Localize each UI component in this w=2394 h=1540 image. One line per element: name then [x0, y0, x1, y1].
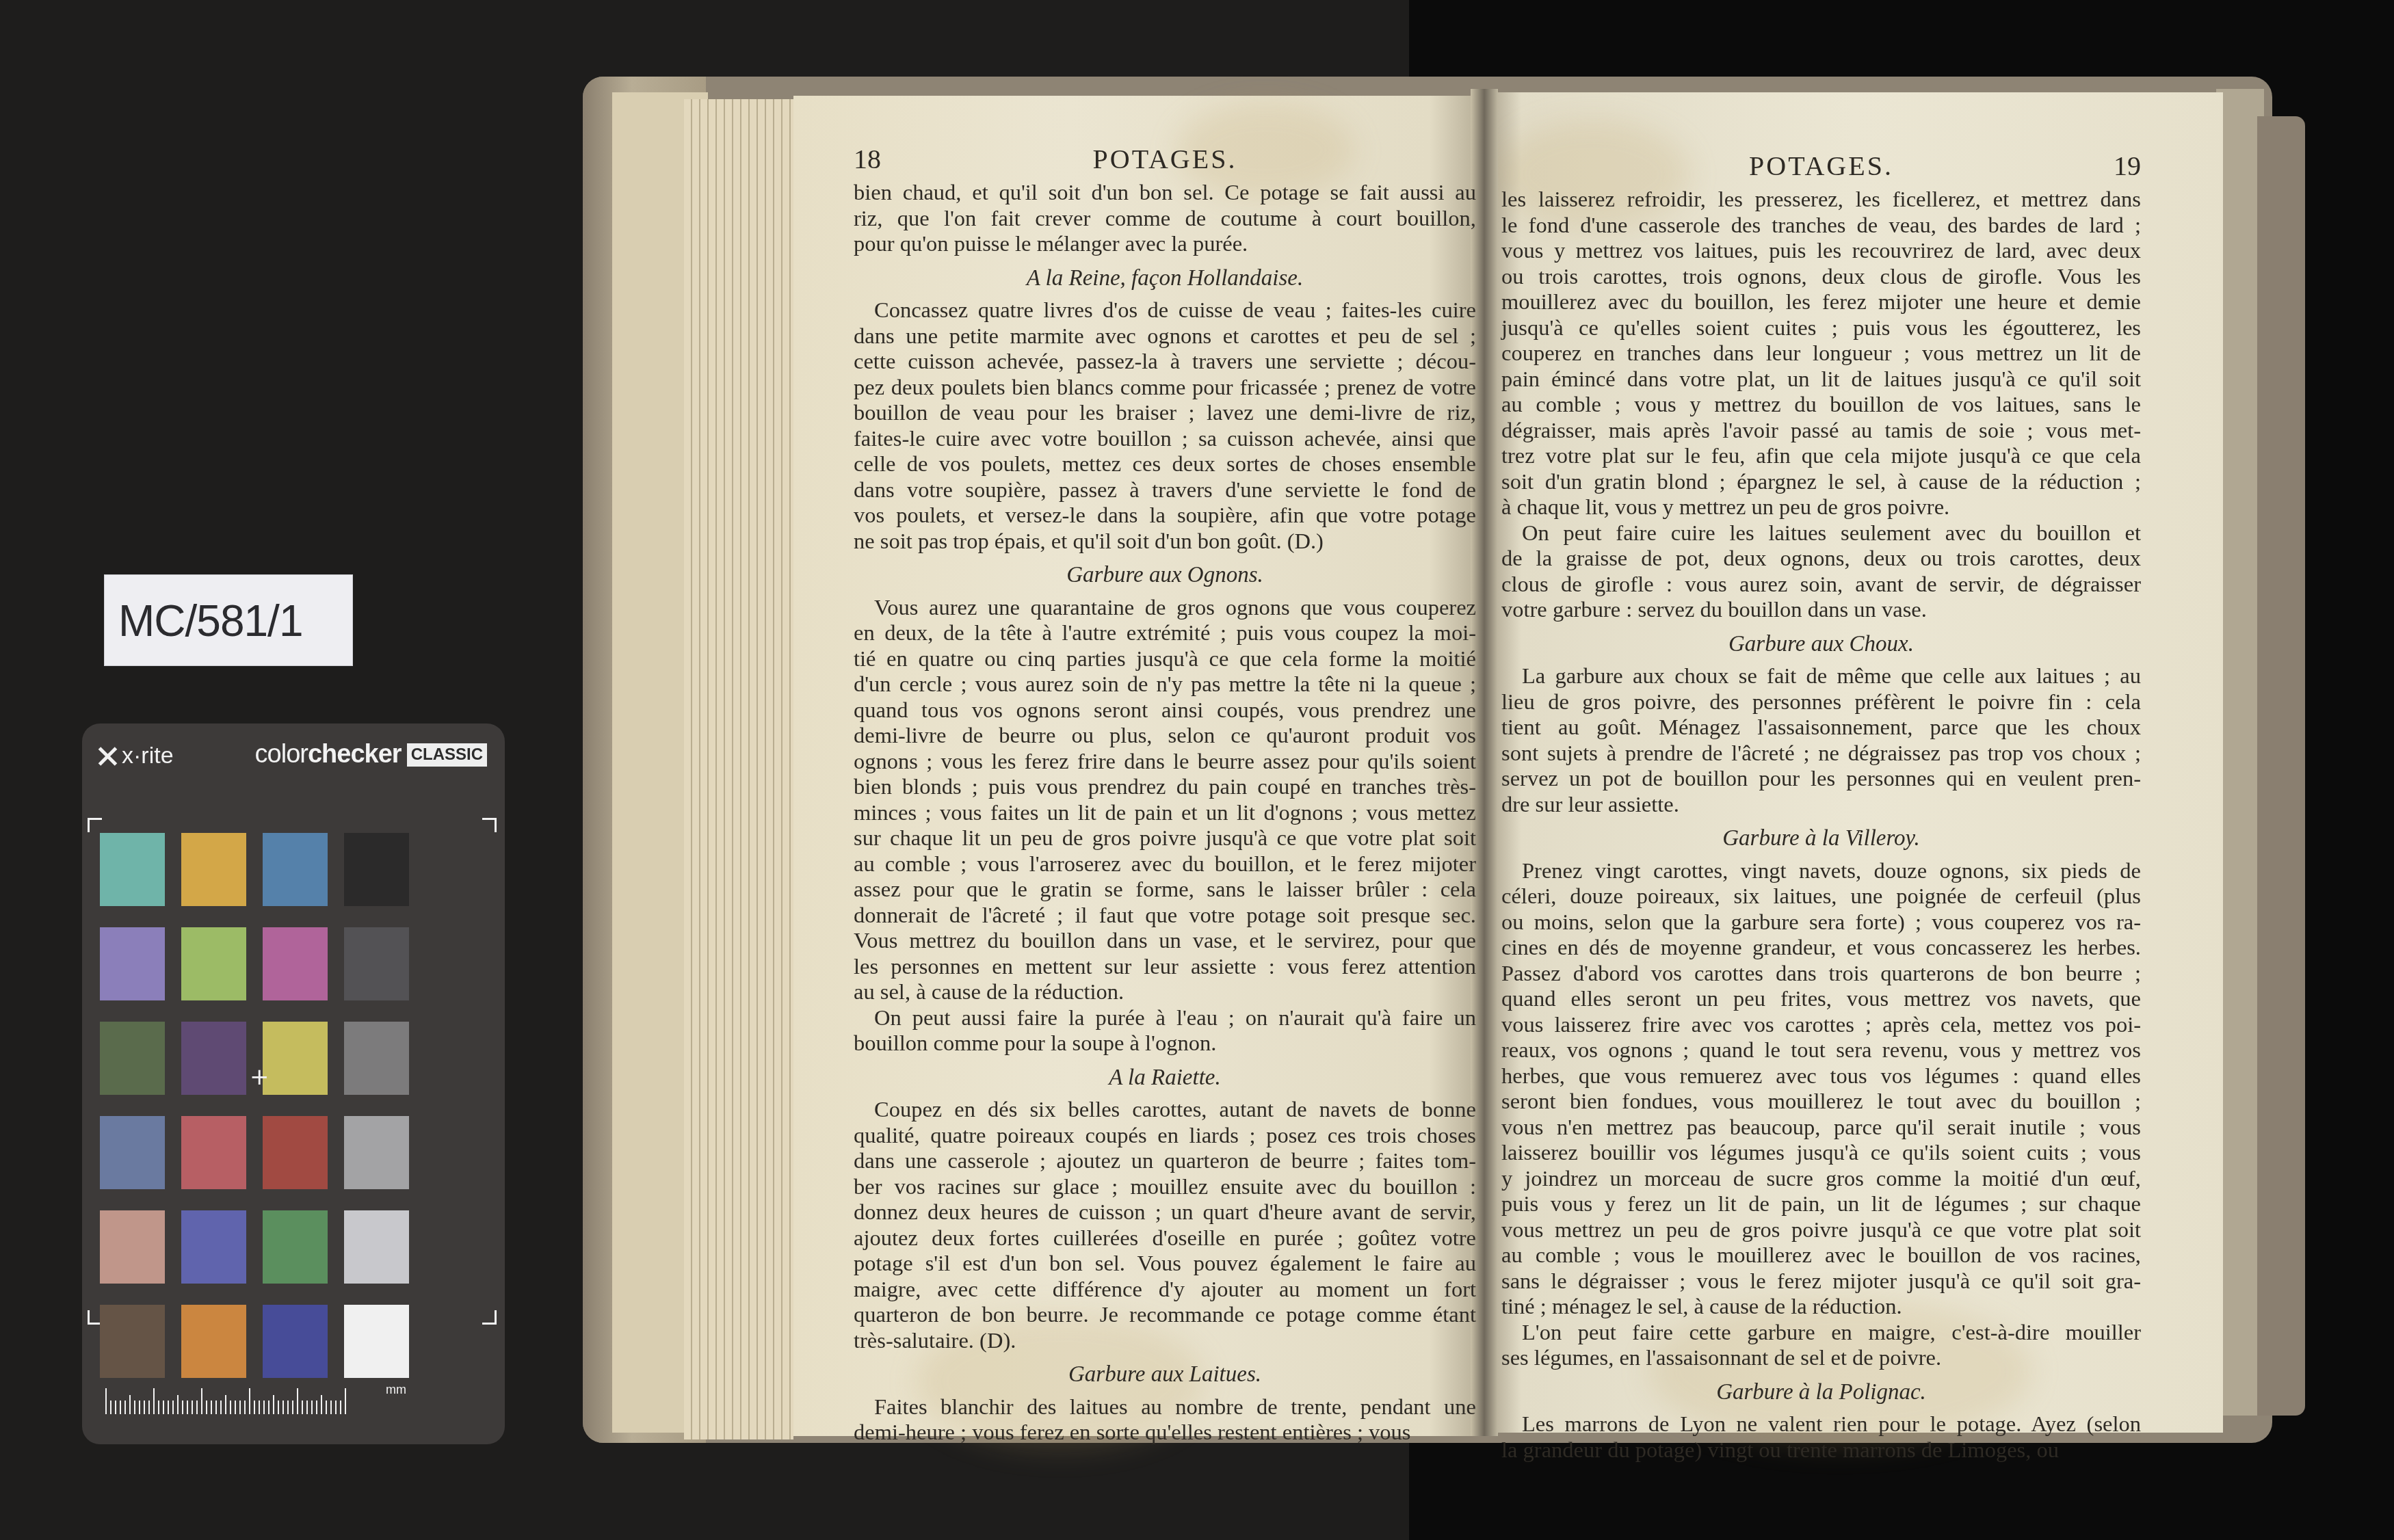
ruler-tick: [211, 1400, 212, 1414]
ruler-tick: [268, 1400, 269, 1414]
title-light: color: [255, 740, 308, 769]
text-line: trez votre plat sur le feu, afin que cel…: [1501, 444, 2141, 470]
ruler-tick: [187, 1400, 188, 1414]
text-line: votre garbure : servez du bouillon dans …: [1501, 598, 2141, 624]
ruler-tick: [168, 1400, 169, 1414]
text-line: vous mettrez un peu de gros poivre jusqu…: [1501, 1218, 2141, 1244]
color-patch: [263, 1022, 328, 1095]
ruler-tick: [172, 1400, 174, 1414]
paragraph: bien chaud, et qu'il soit d'un bon sel. …: [854, 181, 1476, 258]
text-line: herbes, que vous remuerez avec tous vos …: [1501, 1064, 2141, 1090]
text-line: de la graisse de pot, deux ognons, deux …: [1501, 546, 2141, 572]
ruler-tick: [129, 1395, 131, 1414]
ruler-tick: [134, 1400, 135, 1414]
text-line: en deux, de la tête à l'autre extrémité …: [854, 621, 1476, 647]
text-line: demi-heure ; vous ferez en sorte qu'elle…: [854, 1420, 1476, 1446]
ruler-tick: [144, 1400, 145, 1414]
color-patch: [263, 927, 328, 1000]
text-line: donnerait de l'âcreté ; il faut que votr…: [854, 903, 1476, 929]
title-bold: checker: [308, 740, 402, 769]
paragraph: L'on peut faire cette garbure en maigre,…: [1501, 1320, 2141, 1372]
color-patch: [344, 1305, 409, 1378]
corner-mark-bottom-right: [482, 1310, 497, 1325]
ruler-tick: [120, 1400, 121, 1414]
text-line: au comble ; vous y mettrez du bouillon d…: [1501, 393, 2141, 419]
archive-reference-label: MC/581/1: [104, 574, 353, 666]
text-line: vous laisserez frire avec vos carottes ;…: [1501, 1013, 2141, 1039]
xrite-logo: x·rite: [97, 743, 174, 769]
text-line: ne soit pas trop épais, et qu'il soit d'…: [854, 529, 1476, 555]
text-line: puis vous y ferez un lit de pain, un lit…: [1501, 1192, 2141, 1218]
text-line: dans une petite marmite avec ognons et c…: [854, 324, 1476, 350]
text-line: assez pour que le gratin se forme, sans …: [854, 877, 1476, 903]
color-patch: [344, 1116, 409, 1189]
text-line: L'on peut faire cette garbure en maigre,…: [1501, 1320, 2141, 1346]
text-line: sur chaque lit un peu de gros poivre jus…: [854, 826, 1476, 852]
text-line: laisserez bouillir vos légumes jusqu'à c…: [1501, 1141, 2141, 1167]
color-patch: [344, 1210, 409, 1284]
text-line: soit d'un gratin blond ; épargnez le sel…: [1501, 470, 2141, 496]
text-line: demi-livre de beurre ou plus, selon ce q…: [854, 723, 1476, 749]
right-running-head: POTAGES. 19: [1501, 150, 2141, 182]
paragraph: les laisserez refroidir, les presserez, …: [1501, 187, 2141, 521]
corner-mark-top-right: [482, 818, 497, 832]
text-line: dégraisser, mais après l'avoir passé au …: [1501, 419, 2141, 444]
text-line: faites-le cuire avec votre bouillon ; sa…: [854, 427, 1476, 453]
text-line: quand tous vos ognons seront ainsi coupé…: [854, 698, 1476, 724]
ruler-tick: [311, 1400, 313, 1414]
text-line: bien blonds ; puis vous prendrez du pain…: [854, 775, 1476, 801]
color-checker-card: x·rite colorchecker CLASSIC + mm: [82, 723, 505, 1444]
ruler-tick: [225, 1395, 226, 1414]
ruler-tick: [292, 1400, 293, 1414]
left-running-head: 18 POTAGES.: [854, 144, 1476, 175]
text-line: bien chaud, et qu'il soit d'un bon sel. …: [854, 181, 1476, 207]
ruler-tick: [235, 1400, 236, 1414]
ruler-tick: [273, 1395, 274, 1414]
ruler-tick: [316, 1400, 317, 1414]
ruler-tick: [239, 1400, 241, 1414]
text-line: On peut aussi faire la purée à l'eau ; o…: [854, 1006, 1476, 1032]
text-line: ognons ; vous les ferez frire dans le be…: [854, 749, 1476, 775]
ruler-tick: [249, 1388, 250, 1414]
recipe-heading: Garbure aux Ognons.: [854, 563, 1476, 589]
text-line: pez deux poulets bien blancs comme pour …: [854, 375, 1476, 401]
text-line: tiné ; ménagez le sel, à cause de la réd…: [1501, 1295, 2141, 1320]
running-head-title-right: POTAGES.: [1749, 150, 1893, 182]
text-line: ber vos racines sur glace ; mouillez ens…: [854, 1175, 1476, 1201]
paragraph: Coupez en dés six belles carottes, autan…: [854, 1098, 1476, 1354]
ruler-tick: [302, 1400, 303, 1414]
text-line: vos poulets, et versez-le dans la soupiè…: [854, 503, 1476, 529]
text-line: sans le dégraisser ; vous le ferez mijot…: [1501, 1269, 2141, 1295]
color-patch: [100, 1210, 165, 1284]
text-line: vous y mettrez vos laitues, puis les rec…: [1501, 239, 2141, 265]
text-line: pain émincé dans votre plat, un lit de l…: [1501, 367, 2141, 393]
color-patch: [100, 927, 165, 1000]
ruler-tick: [206, 1400, 207, 1414]
color-patch: [100, 1116, 165, 1189]
right-page-text: POTAGES. 19 les laisserez refroidir, les…: [1501, 150, 2141, 1463]
text-line: ses légumes, en l'assaisonnant de sel et…: [1501, 1346, 2141, 1372]
text-line: minces ; vous faites un lit de pain et u…: [854, 801, 1476, 827]
text-line: ou moins, selon que la garbure sera fort…: [1501, 910, 2141, 936]
text-line: mouillerez avec du bouillon, les ferez m…: [1501, 290, 2141, 316]
text-line: donnez deux heures de cuisson ; un quart…: [854, 1200, 1476, 1226]
text-line: les laisserez refroidir, les presserez, …: [1501, 187, 2141, 213]
ruler-tick: [201, 1388, 202, 1414]
color-patch: [100, 833, 165, 906]
text-line: cines en dés de moyenne grandeur, et vou…: [1501, 935, 2141, 961]
color-patch-grid: [100, 833, 409, 1378]
text-line: cette cuisson achevée, passez-la à trave…: [854, 349, 1476, 375]
paragraph: Concassez quatre livres d'os de cuisse d…: [854, 298, 1476, 555]
color-patch: [181, 1305, 246, 1378]
ruler-tick: [182, 1400, 183, 1414]
ruler-tick: [153, 1388, 155, 1414]
text-line: Vous mettrez du bouillon dans un vase, e…: [854, 929, 1476, 955]
text-line: sont sujets à prendre de l'âcreté ; ne d…: [1501, 741, 2141, 767]
text-line: tié en quatre ou cinq parties jusqu'à ce…: [854, 647, 1476, 673]
text-line: tient au goût. Ménagez l'assaisonnement,…: [1501, 715, 2141, 741]
text-line: ou trois carottes, trois ognons, deux cl…: [1501, 265, 2141, 291]
color-patch: [181, 1210, 246, 1284]
text-line: couperez en tranches dans leur longueur …: [1501, 341, 2141, 367]
ruler-tick: [148, 1400, 150, 1414]
text-line: dans une casserole ; ajoutez un quartero…: [854, 1149, 1476, 1175]
ruler-tick: [278, 1400, 279, 1414]
text-line: dre sur leur assiette.: [1501, 793, 2141, 819]
color-patch: [100, 1305, 165, 1378]
text-line: reaux, vos ognons ; quand le tout sera r…: [1501, 1038, 2141, 1064]
color-patch: [344, 833, 409, 906]
text-line: On peut faire cuire les laitues seulemen…: [1501, 521, 2141, 547]
text-line: quand elles seront un peu frites, vous m…: [1501, 987, 2141, 1013]
running-head-title-left: POTAGES.: [1093, 144, 1237, 175]
ruler-tick: [326, 1400, 327, 1414]
text-line: bouillon de veau pour les braiser ; lave…: [854, 401, 1476, 427]
text-line: au comble ; vous le mouillerez avec le b…: [1501, 1243, 2141, 1269]
corner-mark-top-left: [88, 818, 102, 832]
xrite-brand-text: x·rite: [122, 743, 174, 769]
book-page-stack: [684, 99, 793, 1439]
recipe-heading: Garbure aux Laitues.: [854, 1362, 1476, 1388]
ruler-tick: [158, 1400, 159, 1414]
text-line: le fond d'une casserole des tranches de …: [1501, 213, 2141, 239]
book-back-cover-edge: [2257, 116, 2305, 1416]
paragraph: Faites blanchir des laitues au nombre de…: [854, 1395, 1476, 1446]
ruler-tick: [115, 1400, 116, 1414]
text-line: Prenez vingt carottes, vingt navets, dou…: [1501, 859, 2141, 885]
text-line: Passez d'abord vos carottes dans trois q…: [1501, 961, 2141, 987]
ruler-tick: [244, 1400, 246, 1414]
text-line: les personnes en mettent sur leur assiet…: [854, 955, 1476, 981]
ruler-tick: [297, 1388, 298, 1414]
page-number-left: 18: [854, 144, 881, 175]
text-line: maigre, avec cette différence d'y ajoute…: [854, 1277, 1476, 1303]
text-line: au sel, à cause de la réduction.: [854, 980, 1476, 1006]
ruler-tick: [335, 1400, 337, 1414]
color-patch: [344, 927, 409, 1000]
ruler-tick: [139, 1400, 140, 1414]
ruler-tick: [321, 1395, 322, 1414]
left-page-body: bien chaud, et qu'il soit d'un bon sel. …: [854, 181, 1476, 1446]
text-line: dans votre soupière, passez à travers d'…: [854, 478, 1476, 504]
xrite-x-icon: [97, 746, 118, 767]
ruler-tick: [163, 1400, 164, 1414]
ruler-tick: [177, 1395, 179, 1414]
text-line: La garbure aux choux se fait de même que…: [1501, 664, 2141, 690]
ruler-tick: [330, 1400, 332, 1414]
text-line: vous n'en mettrez pas beaucoup, parce qu…: [1501, 1115, 2141, 1141]
recipe-heading: Garbure à la Polignac.: [1501, 1380, 2141, 1406]
text-line: riz, que l'on fait crever comme de coutu…: [854, 207, 1476, 233]
text-line: céleri, douze poireaux, six laitues, une…: [1501, 884, 2141, 910]
recipe-heading: A la Reine, façon Hollandaise.: [854, 266, 1476, 292]
color-patch: [181, 1116, 246, 1189]
text-line: seront bien fondues, vous mouillerez le …: [1501, 1089, 2141, 1115]
archive-reference-text: MC/581/1: [118, 596, 302, 646]
ruler-tick: [259, 1400, 260, 1414]
text-line: Coupez en dés six belles carottes, autan…: [854, 1098, 1476, 1124]
text-line: y joindrez un morceau de sucre gros comm…: [1501, 1167, 2141, 1193]
color-patch: [263, 1210, 328, 1284]
text-line: celle de vos poulets, mettez ces deux so…: [854, 452, 1476, 478]
ruler-tick: [215, 1400, 217, 1414]
ruler-tick: [230, 1400, 231, 1414]
text-line: potage s'il est d'un bon sel. Vous pouve…: [854, 1251, 1476, 1277]
text-line: servez un pot de bouillon pour les perso…: [1501, 767, 2141, 793]
page-number-right: 19: [2114, 150, 2141, 182]
paragraph: Vous aurez une quarantaine de gros ognon…: [854, 596, 1476, 1006]
text-line: quarteron de bon beurre. Je recommande c…: [854, 1303, 1476, 1329]
ruler-tick: [254, 1400, 255, 1414]
paragraph: La garbure aux choux se fait de même que…: [1501, 664, 2141, 818]
text-line: Concassez quatre livres d'os de cuisse d…: [854, 298, 1476, 324]
ruler-tick: [196, 1400, 198, 1414]
text-line: Les marrons de Lyon ne valent rien pour …: [1501, 1412, 2141, 1438]
text-line: au comble ; vous l'arroserez avec du bou…: [854, 852, 1476, 878]
recipe-heading: Garbure aux Choux.: [1501, 632, 2141, 658]
ruler-tick: [105, 1388, 107, 1414]
text-line: bouillon comme pour la soupe à l'ognon.: [854, 1031, 1476, 1057]
crosshair-icon: +: [250, 1065, 269, 1089]
ruler-tick: [287, 1400, 289, 1414]
paragraph: On peut aussi faire la purée à l'eau ; o…: [854, 1006, 1476, 1057]
ruler-tick: [282, 1400, 284, 1414]
paragraph: Les marrons de Lyon ne valent rien pour …: [1501, 1412, 2141, 1463]
mm-ruler: [105, 1387, 379, 1414]
ruler-tick: [124, 1400, 126, 1414]
ruler-tick: [345, 1388, 346, 1414]
ruler-tick: [220, 1400, 222, 1414]
text-line: Vous aurez une quarantaine de gros ognon…: [854, 596, 1476, 622]
color-patch: [344, 1022, 409, 1095]
ruler-tick: [192, 1400, 193, 1414]
color-patch: [263, 833, 328, 906]
text-line: lieu de gros poivre, des personnes préfè…: [1501, 690, 2141, 716]
left-page-text: 18 POTAGES. bien chaud, et qu'il soit d'…: [854, 144, 1476, 1446]
ruler-tick: [306, 1400, 308, 1414]
color-patch: [100, 1022, 165, 1095]
text-line: jusqu'à ce qu'elles soient cuites ; puis…: [1501, 316, 2141, 342]
color-patch: [263, 1305, 328, 1378]
paragraph: On peut faire cuire les laitues seulemen…: [1501, 521, 2141, 624]
text-line: ajoutez deux fortes cuillerées d'oseille…: [854, 1226, 1476, 1252]
text-line: la grandeur du potage) vingt ou trente m…: [1501, 1438, 2141, 1464]
ruler-tick: [340, 1400, 341, 1414]
color-patch: [181, 1022, 246, 1095]
right-page-body: les laisserez refroidir, les presserez, …: [1501, 187, 2141, 1463]
color-patch: [181, 833, 246, 906]
text-line: pour qu'on puisse le mélanger avec la pu…: [854, 232, 1476, 258]
text-line: d'un cercle ; vous aurez soin de n'y pas…: [854, 672, 1476, 698]
text-line: à chaque lit, vous y mettrez un peu de g…: [1501, 495, 2141, 521]
ruler-unit: mm: [386, 1383, 406, 1397]
paragraph: Prenez vingt carottes, vingt navets, dou…: [1501, 859, 2141, 1320]
color-patch: [263, 1116, 328, 1189]
recipe-heading: Garbure à la Villeroy.: [1501, 826, 2141, 852]
ruler-tick: [263, 1400, 265, 1414]
text-line: très-salutaire. (D).: [854, 1329, 1476, 1355]
text-line: Faites blanchir des laitues au nombre de…: [854, 1395, 1476, 1421]
color-patch: [181, 927, 246, 1000]
text-line: qualité, quatre poireaux coupés en liard…: [854, 1124, 1476, 1150]
recipe-heading: A la Raiette.: [854, 1065, 1476, 1091]
text-line: clous de girofle : vous aurez soin, avan…: [1501, 572, 2141, 598]
ruler-tick: [110, 1400, 111, 1414]
classic-badge: CLASSIC: [407, 743, 487, 767]
colorchecker-title: colorchecker CLASSIC: [255, 740, 487, 769]
